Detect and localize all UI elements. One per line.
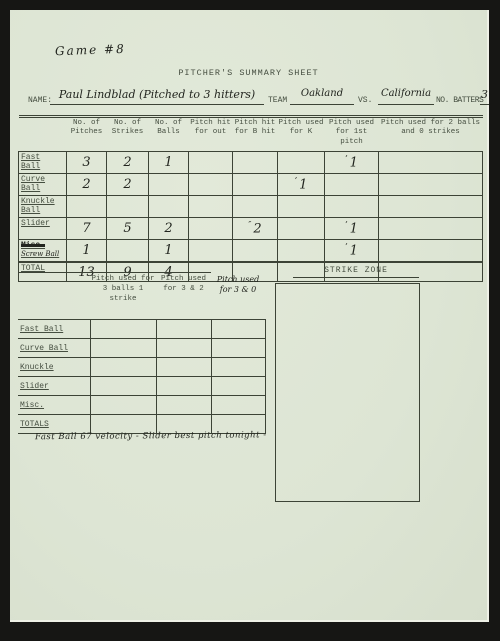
column-header: Pitch hit for out	[189, 117, 233, 152]
struck-label: Misc.	[21, 241, 45, 250]
pitch-count-cell: 3	[67, 152, 107, 174]
pitch-count-cell	[149, 196, 189, 218]
pitch-count-cell: 1	[149, 240, 189, 263]
pitch-count-cell	[379, 218, 483, 240]
pen-tick-mark: ’	[295, 176, 298, 185]
vs-label: VS.	[358, 96, 372, 105]
page-title: PITCHER'S SUMMARY SHEET	[10, 68, 487, 78]
row-label: Fast Ball	[18, 320, 90, 339]
pen-tick-mark: ’	[345, 154, 348, 163]
row-label: Fast Ball	[19, 152, 67, 174]
count-table: Pitch used for 3 balls 1 strikePitch use…	[18, 272, 266, 434]
pitch-count-cell	[107, 196, 149, 218]
pitch-count-cell: ’1	[325, 218, 379, 240]
pitch-count-cell	[189, 196, 233, 218]
table-row: Knuckle Ball	[19, 196, 483, 218]
pen-tick-mark: ’	[345, 242, 348, 251]
row-label: Misc.	[18, 396, 90, 415]
name-label: NAME:	[28, 96, 52, 105]
pitch-count-cell	[189, 152, 233, 174]
table-row: Curve Ball22’1	[19, 174, 483, 196]
pitch-count-cell: 2	[107, 174, 149, 196]
pitch-count-cell: ″2	[233, 218, 278, 240]
pitch-count-cell	[278, 152, 325, 174]
table-row: Slider	[18, 377, 265, 396]
table-row: Fast Ball	[18, 320, 265, 339]
row-label: Knuckle	[18, 358, 90, 377]
column-header: Pitch used for 3 balls 1 strike	[90, 273, 156, 320]
pitch-count-cell	[325, 196, 379, 218]
count-cell	[211, 358, 265, 377]
pitch-count-cell	[379, 174, 483, 196]
table-row: Misc.Screw Ball11’1	[19, 240, 483, 263]
pitch-count-cell	[67, 196, 107, 218]
row-label: Slider	[19, 218, 67, 240]
row-label: Misc.Screw Ball	[19, 240, 67, 263]
pitch-count-cell	[233, 174, 278, 196]
paper: Game #8 PITCHER'S SUMMARY SHEET NAME: Pa…	[10, 10, 489, 622]
pitch-count-cell	[189, 174, 233, 196]
pitch-count-cell	[233, 240, 278, 263]
table-header-row: No. of PitchesNo. of StrikesNo. of Balls…	[19, 117, 483, 152]
pitch-count-cell	[278, 196, 325, 218]
table-row: Curve Ball	[18, 339, 265, 358]
row-label: Curve Ball	[19, 174, 67, 196]
pitch-count-cell	[325, 174, 379, 196]
count-cell	[156, 377, 211, 396]
pitch-count-cell: ’1	[278, 174, 325, 196]
team-value: Oakland	[290, 88, 354, 105]
count-cell	[90, 339, 156, 358]
game-number-label: Game #8	[55, 42, 126, 58]
row-label: Slider	[18, 377, 90, 396]
batters-value: 3	[480, 88, 489, 105]
pitch-count-cell: 2	[107, 152, 149, 174]
pitch-count-cell	[233, 196, 278, 218]
pitch-count-cell: 5	[107, 218, 149, 240]
count-cell	[156, 358, 211, 377]
handwritten-row-label: Screw Ball	[21, 250, 64, 258]
pitch-count-cell: 1	[67, 240, 107, 263]
name-value: Paul Lindblad (Pitched to 3 hitters)	[50, 88, 264, 105]
count-cell	[90, 320, 156, 339]
count-cell	[156, 320, 211, 339]
pitch-count-cell	[189, 240, 233, 263]
strike-zone-label: STRIKE ZONE	[293, 266, 419, 278]
count-cell	[211, 320, 265, 339]
count-cell	[90, 396, 156, 415]
pitch-count-cell: ’1	[325, 240, 379, 263]
name-row: NAME: Paul Lindblad (Pitched to 3 hitter…	[10, 90, 489, 108]
pitch-count-cell	[149, 174, 189, 196]
count-cell	[211, 377, 265, 396]
pitch-count-cell	[233, 152, 278, 174]
count-cell	[211, 339, 265, 358]
pitch-count-cell	[107, 240, 149, 263]
pitch-count-cell	[278, 218, 325, 240]
row-label: Curve Ball	[18, 339, 90, 358]
column-header: Pitch used for 1st pitch	[325, 117, 379, 152]
pitch-count-cell: 2	[67, 174, 107, 196]
column-header: Pitch used for 2 balls and 0 strikes	[379, 117, 483, 152]
column-header: Pitch used for K	[278, 117, 325, 152]
column-header: No. of Pitches	[67, 117, 107, 152]
vs-value: California	[378, 88, 434, 105]
handwritten-column-header: Pitch used for 3 & 0	[211, 273, 265, 320]
pitch-count-cell	[379, 152, 483, 174]
column-header: Pitch used for 3 & 2	[156, 273, 211, 320]
pen-tick-mark: ″	[248, 220, 251, 229]
corner-cell	[19, 117, 67, 152]
row-label: TOTALS	[18, 415, 90, 434]
count-cell	[90, 377, 156, 396]
table-header-row: Pitch used for 3 balls 1 strikePitch use…	[18, 273, 265, 320]
count-cell	[211, 396, 265, 415]
table-row: Knuckle	[18, 358, 265, 377]
corner-cell	[18, 273, 90, 320]
screenshot-root: { "page": { "game_label": "Game #8", "ti…	[0, 0, 500, 641]
pitch-count-cell	[379, 196, 483, 218]
row-label: Knuckle Ball	[19, 196, 67, 218]
column-header: No. of Strikes	[107, 117, 149, 152]
column-header: Pitch hit for B hit	[233, 117, 278, 152]
pitch-count-cell	[278, 240, 325, 263]
pitch-count-cell	[189, 218, 233, 240]
batters-label: NO. BATTERS	[436, 96, 483, 105]
column-header: No. of Balls	[149, 117, 189, 152]
count-cell	[156, 396, 211, 415]
team-label: TEAM	[268, 96, 287, 105]
count-cell	[156, 339, 211, 358]
pitch-summary-table: No. of PitchesNo. of StrikesNo. of Balls…	[18, 115, 483, 282]
pitch-count-cell: 2	[149, 218, 189, 240]
pen-tick-mark: ’	[345, 220, 348, 229]
count-cell	[90, 358, 156, 377]
table-row: Misc.	[18, 396, 265, 415]
pitch-count-cell: 1	[149, 152, 189, 174]
pitch-count-cell: ’1	[325, 152, 379, 174]
strike-zone-box	[275, 283, 420, 502]
pitch-count-cell	[379, 240, 483, 263]
table-row: Slider752″2’1	[19, 218, 483, 240]
table-row: Fast Ball321’1	[19, 152, 483, 174]
pitch-count-cell: 7	[67, 218, 107, 240]
